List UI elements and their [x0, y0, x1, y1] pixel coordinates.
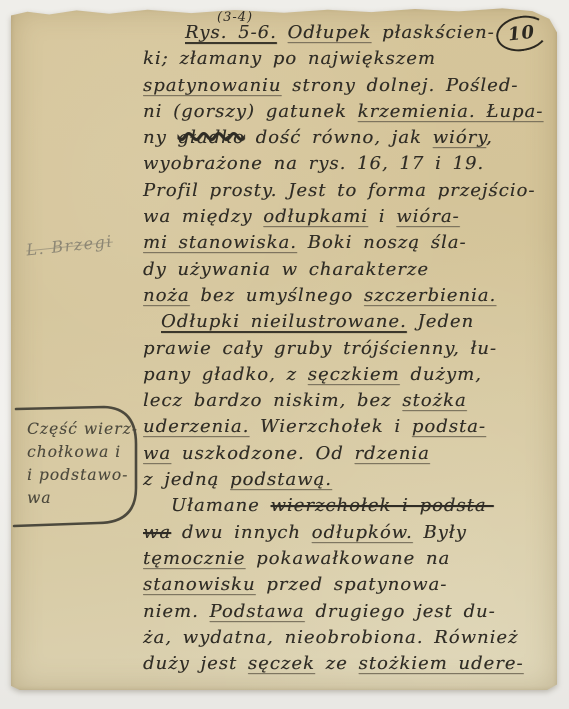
manuscript-line: wa uszkodzone. Od rdzenia	[143, 441, 557, 467]
manuscript-segment: odłupkami	[263, 206, 368, 227]
manuscript-segment: lecz bardzo niskim, bez	[143, 390, 402, 411]
manuscript-segment: spatynowaniu	[143, 75, 281, 96]
manuscript-segment: bez umyślnego	[190, 285, 364, 306]
manuscript-segment: uszkodzone. Od	[171, 443, 354, 464]
manuscript-segment: pany gładko, z	[143, 364, 308, 385]
manuscript-segment: dużym,	[400, 364, 482, 385]
manuscript-segment: wióry	[433, 127, 486, 148]
manuscript-segment: gładko	[177, 127, 244, 148]
scan-background: { "page": { "number": "10", "figure_corr…	[0, 0, 569, 709]
manuscript-line: ki; złamany po największem	[143, 46, 557, 72]
manuscript-line: niem. Podstawa drugiego jest du-	[143, 599, 557, 625]
margin-note-czesc: Część wierz- chołkowa i i podstawo- wa	[27, 418, 138, 510]
manuscript-segment: ni (gorszy) gatunek	[143, 101, 358, 122]
manuscript-line: lecz bardzo niskim, bez stożka	[143, 388, 557, 414]
manuscript-segment: ki; złamany po największem	[143, 48, 436, 69]
manuscript-segment: i	[368, 206, 396, 227]
manuscript-text: Rys. 5-6. Odłupek płaskścien-ki; złamany…	[143, 20, 557, 677]
manuscript-segment: wa	[143, 522, 171, 543]
manuscript-segment: Odłupek	[288, 22, 372, 43]
manuscript-line: dy używania w charakterze	[143, 257, 557, 283]
manuscript-line: ni (gorszy) gatunek krzemienia. Łupa-	[143, 99, 557, 125]
manuscript-segment	[277, 22, 288, 43]
manuscript-segment: stożka	[402, 390, 466, 411]
manuscript-segment: duży jest	[143, 653, 248, 674]
manuscript-segment: wierzchołek i podsta-	[271, 495, 494, 516]
manuscript-segment: ża, wydatna, nieobrobiona. Również	[143, 627, 518, 648]
manuscript-segment: wa	[143, 443, 171, 464]
manuscript-segment: Podstawa	[210, 601, 305, 622]
manuscript-line: duży jest sęczek ze stożkiem udere-	[143, 651, 557, 677]
manuscript-segment: krzemienia.	[358, 101, 476, 122]
manuscript-line: spatynowaniu strony dolnej. Pośled-	[143, 73, 557, 99]
manuscript-segment: wióra-	[396, 206, 459, 227]
manuscript-segment: szczerbienia.	[364, 285, 496, 306]
manuscript-segment: Boki noszą śla-	[297, 232, 467, 253]
manuscript-segment: przed spatynowa-	[256, 574, 448, 595]
manuscript-segment: pokawałkowane na	[245, 548, 450, 569]
manuscript-line: ny gładko dość równo, jak wióry,	[143, 125, 557, 151]
manuscript-line: noża bez umyślnego szczerbienia.	[143, 283, 557, 309]
manuscript-segment: z jedną	[143, 469, 230, 490]
manuscript-line: Profil prosty. Jest to forma przejścio-	[143, 178, 557, 204]
manuscript-segment: noża	[143, 285, 190, 306]
manuscript-segment: wyobrażone na rys. 16, 17 i 19.	[143, 153, 484, 174]
manuscript-segment: Wierzchołek i	[249, 416, 412, 437]
manuscript-line: stanowisku przed spatynowa-	[143, 572, 557, 598]
manuscript-segment: rdzenia	[354, 443, 429, 464]
margin-note-czesc-line: Część wierz-	[27, 418, 138, 441]
margin-note-czesc-line: i podstawo-	[27, 464, 138, 487]
manuscript-segment: płaskścien-	[371, 22, 494, 43]
manuscript-segment: Jeden	[407, 311, 474, 332]
manuscript-segment: ,	[486, 127, 493, 148]
manuscript-segment: Profil prosty. Jest to forma przejścio-	[143, 180, 535, 201]
manuscript-segment: sęczek	[248, 653, 315, 674]
manuscript-segment: stożkiem udere-	[359, 653, 524, 674]
manuscript-segment: ze	[315, 653, 359, 674]
manuscript-segment: podstawą.	[230, 469, 332, 490]
manuscript-segment: Odłupki nieilustrowane.	[161, 311, 407, 332]
manuscript-line: wyobrażone na rys. 16, 17 i 19.	[143, 151, 557, 177]
manuscript-segment: odłupków.	[312, 522, 413, 543]
manuscript-segment: dwu innych	[171, 522, 311, 543]
manuscript-line: uderzenia. Wierzchołek i podsta-	[143, 414, 557, 440]
manuscript-line: Odłupki nieilustrowane. Jeden	[143, 309, 557, 335]
margin-note-czesc-line: wa	[27, 487, 138, 510]
manuscript-segment: Były	[413, 522, 467, 543]
manuscript-segment: Rys. 5-6.	[185, 22, 277, 43]
manuscript-line: prawie cały gruby trójścienny, łu-	[143, 336, 557, 362]
manuscript-segment: uderzenia.	[143, 416, 249, 437]
manuscript-segment: dy używania w charakterze	[143, 259, 429, 280]
manuscript-segment: sęczkiem	[308, 364, 400, 385]
manuscript-line: wa między odłupkami i wióra-	[143, 204, 557, 230]
manuscript-segment: stanowisku	[143, 574, 256, 595]
manuscript-segment: dość równo, jak	[245, 127, 433, 148]
manuscript-segment: niem.	[143, 601, 210, 622]
manuscript-line: ża, wydatna, nieobrobiona. Również	[143, 625, 557, 651]
manuscript-segment: ny	[143, 127, 177, 148]
margin-note-czesc-line: chołkowa i	[27, 441, 138, 464]
manuscript-segment: podsta-	[412, 416, 486, 437]
manuscript-segment: prawie cały gruby trójścienny, łu-	[143, 338, 497, 359]
manuscript-segment: drugiego jest du-	[305, 601, 496, 622]
manuscript-line: z jedną podstawą.	[143, 467, 557, 493]
manuscript-segment: Ułamane	[171, 495, 271, 516]
manuscript-line: Rys. 5-6. Odłupek płaskścien-	[143, 20, 557, 46]
manuscript-line: pany gładko, z sęczkiem dużym,	[143, 362, 557, 388]
manuscript-segment: wa między	[143, 206, 263, 227]
manuscript-line: mi stanowiska. Boki noszą śla-	[143, 230, 557, 256]
manuscript-line: Ułamane wierzchołek i podsta-	[143, 493, 557, 519]
manuscript-segment: tęmocznie	[143, 548, 245, 569]
manuscript-line: tęmocznie pokawałkowane na	[143, 546, 557, 572]
manuscript-segment: Łupa-	[476, 101, 544, 122]
manuscript-line: wa dwu innych odłupków. Były	[143, 520, 557, 546]
manuscript-segment: mi stanowiska.	[143, 232, 297, 253]
manuscript-segment: strony dolnej. Pośled-	[281, 75, 518, 96]
